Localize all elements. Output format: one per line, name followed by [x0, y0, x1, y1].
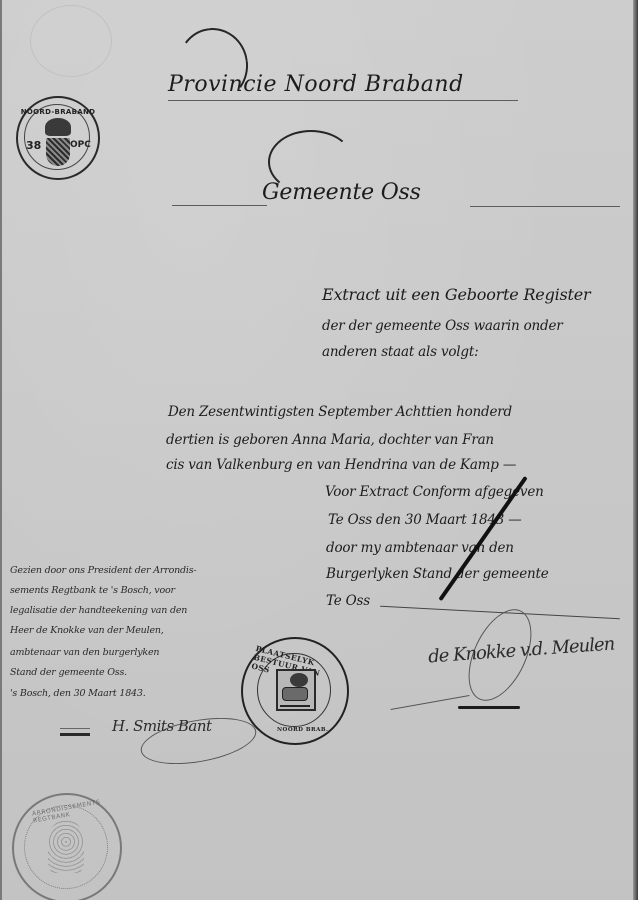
municipality-rule-right — [470, 206, 620, 207]
seal-ring-text-bottom: NOORD BRAB. — [277, 727, 328, 733]
scan-edge-right — [633, 0, 638, 900]
certification-line-3: door my ambtenaar van den — [326, 540, 514, 556]
legalisation-note-line-1: Gezien door ons President der Arrondis- — [10, 565, 196, 576]
extract-heading-line-1: Extract uit een Geboorte Register — [322, 285, 591, 304]
scan-edge-left — [0, 0, 2, 900]
president-mark-line — [60, 728, 90, 729]
president-signature: H. Smits Bant — [112, 717, 212, 735]
record-line-3: cis van Valkenburg en van Hendrina van d… — [166, 457, 516, 473]
province-heading: Provincie Noord Braband — [168, 72, 464, 97]
legalisation-note-line-2: sements Regtbank te 's Bosch, voor — [10, 585, 175, 596]
extract-heading-line-2: der der gemeente Oss waarin onder — [322, 318, 563, 334]
ox-icon — [282, 687, 308, 701]
certification-line-4: Burgerlyken Stand der gemeente — [326, 566, 549, 582]
document-page: Provincie Noord Braband NOORD-BRABAND 38… — [0, 0, 638, 900]
president-mark — [60, 733, 90, 736]
tree-icon — [290, 673, 308, 687]
court-seal: ARRONDISSEMENTS REGTBANK — [12, 793, 122, 900]
stamp-ring-text: NOORD-BRABAND — [18, 108, 98, 116]
bleed-through-seal — [30, 5, 112, 77]
province-rule — [168, 100, 518, 101]
legalisation-note-line-4: Heer de Knokke van der Meulen, — [10, 625, 164, 636]
municipality-rule-left — [172, 205, 267, 206]
registrar-signature-underline — [458, 706, 520, 709]
municipal-seal-oss: PLAATSELYK BESTUUR VAN OSS NOORD BRAB. — [241, 637, 349, 745]
extract-heading-line-3: anderen staat als volgt: — [322, 344, 478, 360]
record-line-1: Den Zesentwintigsten September Achttien … — [168, 404, 512, 420]
legalisation-note-line-6: Stand der gemeente Oss. — [10, 667, 127, 678]
legalisation-note-line-5: ambtenaar van den burgerlyken — [10, 647, 159, 658]
legalisation-note-line-3: legalisatie der handteekening van den — [10, 605, 187, 616]
revenue-stamp: NOORD-BRABAND 38 OPC — [16, 96, 100, 180]
royal-arms-icon — [48, 821, 84, 873]
oss-coat-of-arms-icon — [276, 669, 316, 711]
municipality-heading: Gemeente Oss — [262, 180, 421, 205]
stamp-value-left: 38 — [26, 139, 41, 152]
certification-line-5: Te Oss — [326, 593, 370, 609]
coat-of-arms-icon — [46, 138, 70, 166]
legalisation-note-date: 's Bosch, den 30 Maart 1843. — [10, 688, 146, 699]
crown-icon — [45, 118, 71, 136]
stamp-value-right: OPC — [70, 140, 91, 150]
crest-ground — [280, 705, 310, 707]
record-line-2: dertien is geboren Anna Maria, dochter v… — [166, 432, 494, 448]
